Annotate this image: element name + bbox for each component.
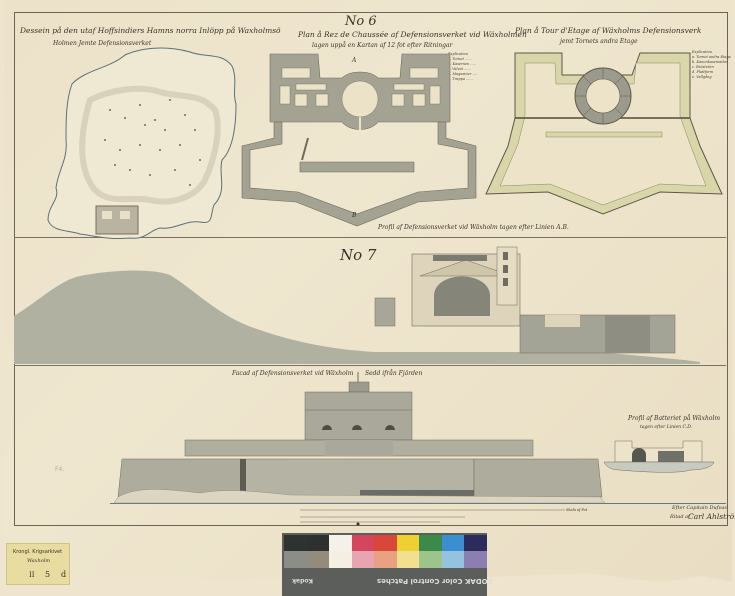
archive-label-line1: Krongl. Krigsarkivet bbox=[13, 549, 62, 555]
color-patch bbox=[419, 535, 442, 551]
color-patch bbox=[397, 551, 420, 568]
color-patch bbox=[464, 535, 487, 551]
color-patch bbox=[352, 551, 375, 568]
kodak-color-target: KODAK Color Control Patches Kodak bbox=[282, 533, 487, 596]
kodak-brand: Kodak bbox=[292, 577, 313, 584]
color-patch bbox=[284, 551, 307, 568]
color-patch bbox=[329, 551, 352, 568]
archive-ref-c: d bbox=[61, 570, 66, 579]
signature-line2: Ritad af bbox=[670, 514, 690, 520]
color-patch bbox=[442, 551, 465, 568]
color-patch bbox=[442, 535, 465, 551]
color-patch bbox=[352, 535, 375, 551]
scanned-map-sheet: Dessein på den utaf Hoffsindiers Hamns n… bbox=[0, 0, 735, 596]
color-patch bbox=[374, 535, 397, 551]
color-patch bbox=[397, 535, 420, 551]
signature-name: Carl Ahlström bbox=[688, 512, 735, 521]
archive-ref-a: II bbox=[29, 571, 35, 579]
signature-line1: Efter Capitain Dufvas bbox=[672, 505, 727, 511]
color-patch bbox=[419, 551, 442, 568]
color-patch bbox=[284, 535, 307, 551]
archive-label: Krongl. Krigsarkivet Waxholm II 5 d bbox=[6, 543, 70, 585]
archive-label-line2: Waxholm bbox=[27, 558, 50, 564]
color-patch bbox=[307, 551, 330, 568]
margin-mark: F4. bbox=[55, 466, 64, 473]
kodak-caption: KODAK Color Control Patches bbox=[377, 577, 493, 585]
archive-ref-b: 5 bbox=[45, 570, 50, 579]
color-patch bbox=[464, 551, 487, 568]
color-patch bbox=[307, 535, 330, 551]
battery-profile-drawing bbox=[0, 0, 735, 596]
color-patch bbox=[329, 535, 352, 551]
color-patch bbox=[374, 551, 397, 568]
